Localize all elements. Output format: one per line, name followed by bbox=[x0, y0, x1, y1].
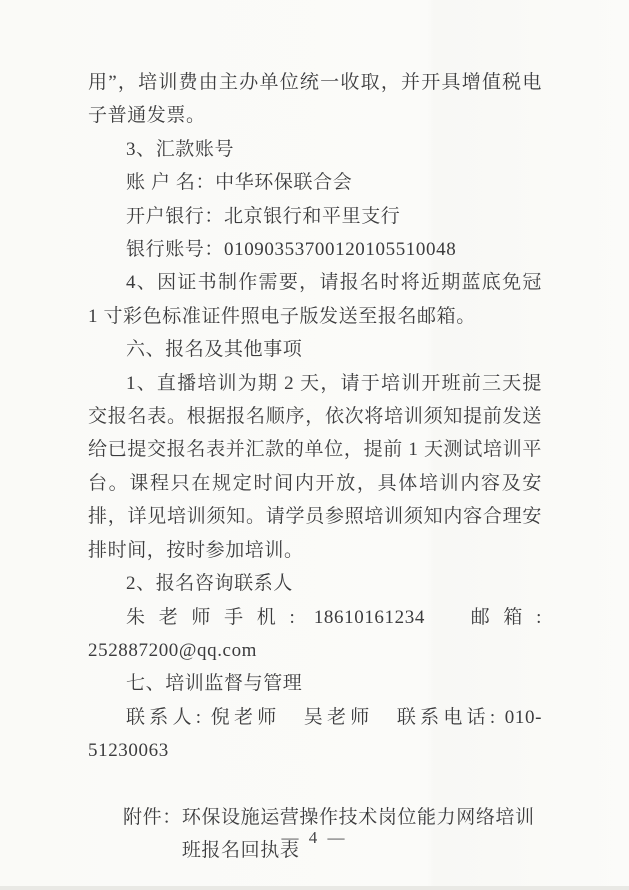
section-seven-heading: 七、培训监督与管理 bbox=[88, 667, 542, 700]
account-name-line: 账 户 名：中华环保联合会 bbox=[88, 166, 542, 199]
photo-requirement-paragraph: 4、因证书制作需要，请报名时将近期蓝底免冠 1 寸彩色标准证件照电子版发送至报名… bbox=[88, 266, 542, 333]
page-number: — 4 — bbox=[0, 828, 629, 848]
supervision-contacts-line: 联系人: 倪老师 吴老师 联系电话: 010-51230063 bbox=[88, 701, 542, 768]
scanned-document-page: 用”，培训费由主办单位统一收取，并开具增值税电子普通发票。 3、汇款账号 账 户… bbox=[0, 0, 629, 890]
bank-name-line: 开户银行：北京银行和平里支行 bbox=[88, 200, 542, 233]
invoice-note-continuation: 用”，培训费由主办单位统一收取，并开具增值税电子普通发票。 bbox=[88, 66, 542, 133]
bank-account-number-line: 银行账号：01090353700120105510048 bbox=[88, 233, 542, 266]
contact-phone-email-line: 朱老师手机: 18610161234 邮箱: 252887200@qq.com bbox=[88, 601, 542, 668]
section-six-heading: 六、报名及其他事项 bbox=[88, 333, 542, 366]
registration-details-paragraph: 1、直播培训为期 2 天，请于培训开班前三天提交报名表。根据报名顺序，依次将培训… bbox=[88, 367, 542, 567]
registration-contact-heading: 2、报名咨询联系人 bbox=[88, 567, 542, 600]
remittance-account-heading: 3、汇款账号 bbox=[88, 133, 542, 166]
document-body: 用”，培训费由主办单位统一收取，并开具增值税电子普通发票。 3、汇款账号 账 户… bbox=[88, 66, 542, 868]
